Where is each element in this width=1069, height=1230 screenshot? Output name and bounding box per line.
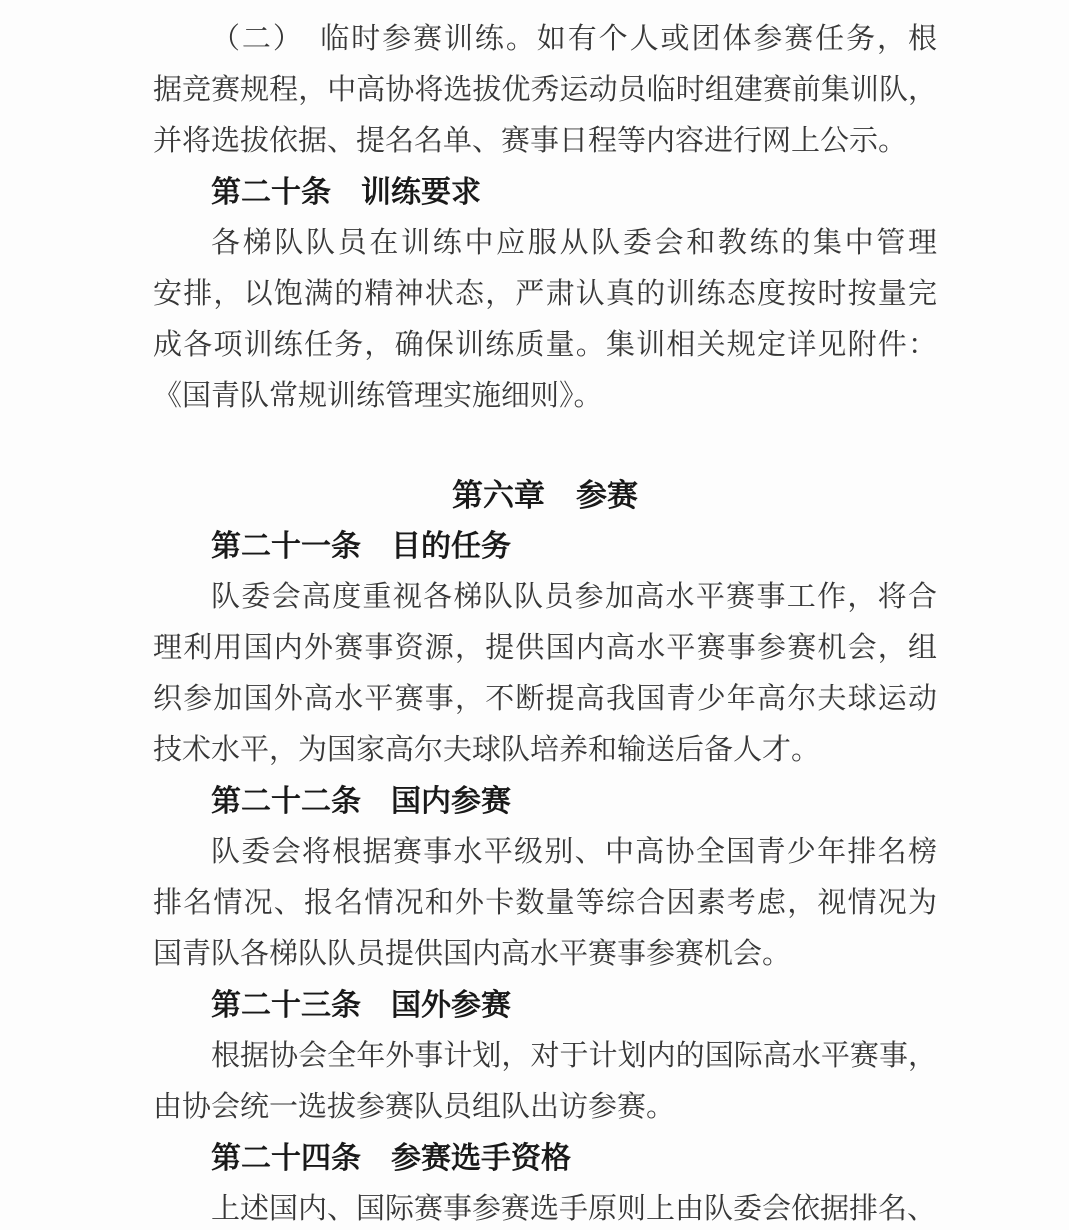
article-heading-text: 第二十一条 目的任务 bbox=[153, 521, 937, 572]
text-line: 上述国内、国际赛事参赛选手原则上由队委会依据排名、 bbox=[153, 1184, 937, 1230]
text-line: 《国青队常规训练管理实施细则》。 bbox=[153, 371, 937, 422]
article-heading-text: 第二十三条 国外参赛 bbox=[153, 980, 937, 1031]
chapter-heading-6: 第六章 参赛 bbox=[153, 470, 937, 521]
text-line: 技术水平，为国家高尔夫球队培养和输送后备人才。 bbox=[153, 725, 937, 776]
body-paragraph: 上述国内、国际赛事参赛选手原则上由队委会依据排名、 bbox=[153, 1184, 937, 1230]
text-line: 据竞赛规程，中高协将选拔优秀运动员临时组建赛前集训队， bbox=[153, 65, 937, 116]
article-heading-21: 第二十一条 目的任务 bbox=[153, 521, 937, 572]
body-paragraph: 队委会高度重视各梯队队员参加高水平赛事工作，将合 理利用国内外赛事资源，提供国内… bbox=[153, 572, 937, 776]
text-line: 队委会高度重视各梯队队员参加高水平赛事工作，将合 bbox=[153, 572, 937, 623]
article-heading-text: 第二十条 训练要求 bbox=[153, 167, 937, 218]
chapter-heading-text: 第六章 参赛 bbox=[153, 470, 937, 521]
article-heading-24: 第二十四条 参赛选手资格 bbox=[153, 1133, 937, 1184]
article-heading-23: 第二十三条 国外参赛 bbox=[153, 980, 937, 1031]
body-paragraph: （二） 临时参赛训练。如有个人或团体参赛任务，根 据竞赛规程，中高协将选拔优秀运… bbox=[153, 14, 937, 167]
body-paragraph: 根据协会全年外事计划，对于计划内的国际高水平赛事， 由协会统一选拔参赛队员组队出… bbox=[153, 1031, 937, 1133]
text-line: （二） 临时参赛训练。如有个人或团体参赛任务，根 bbox=[153, 14, 937, 65]
text-line: 排名情况、报名情况和外卡数量等综合因素考虑，视情况为 bbox=[153, 878, 937, 929]
text-line: 国青队各梯队队员提供国内高水平赛事参赛机会。 bbox=[153, 929, 937, 980]
article-heading-20: 第二十条 训练要求 bbox=[153, 167, 937, 218]
article-heading-22: 第二十二条 国内参赛 bbox=[153, 776, 937, 827]
text-line: 各梯队队员在训练中应服从队委会和教练的集中管理 bbox=[153, 218, 937, 269]
text-line: 织参加国外高水平赛事，不断提高我国青少年高尔夫球运动 bbox=[153, 674, 937, 725]
text-line: 理利用国内外赛事资源，提供国内高水平赛事参赛机会，组 bbox=[153, 623, 937, 674]
text-line: 并将选拔依据、提名名单、赛事日程等内容进行网上公示。 bbox=[153, 116, 937, 167]
text-line: 成各项训练任务，确保训练质量。集训相关规定详见附件： bbox=[153, 320, 937, 371]
article-heading-text: 第二十四条 参赛选手资格 bbox=[153, 1133, 937, 1184]
text-line: 由协会统一选拔参赛队员组队出访参赛。 bbox=[153, 1082, 937, 1133]
text-line: 安排，以饱满的精神状态，严肃认真的训练态度按时按量完 bbox=[153, 269, 937, 320]
text-line: 队委会将根据赛事水平级别、中高协全国青少年排名榜 bbox=[153, 827, 937, 878]
document-page: （二） 临时参赛训练。如有个人或团体参赛任务，根 据竞赛规程，中高协将选拔优秀运… bbox=[0, 0, 1069, 1230]
body-paragraph: 队委会将根据赛事水平级别、中高协全国青少年排名榜 排名情况、报名情况和外卡数量等… bbox=[153, 827, 937, 980]
text-line: 根据协会全年外事计划，对于计划内的国际高水平赛事， bbox=[153, 1031, 937, 1082]
body-paragraph: 各梯队队员在训练中应服从队委会和教练的集中管理 安排，以饱满的精神状态，严肃认真… bbox=[153, 218, 937, 422]
article-heading-text: 第二十二条 国内参赛 bbox=[153, 776, 937, 827]
